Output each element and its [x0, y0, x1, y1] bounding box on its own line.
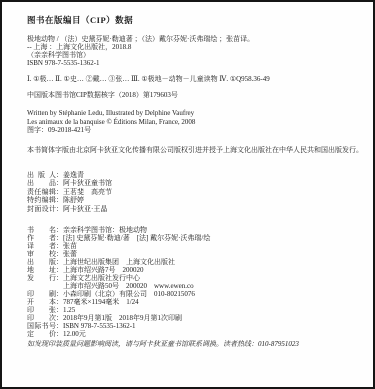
info-row: 国际书号：ISBN 978-7-5535-1362-1 — [27, 322, 361, 330]
row-label: 定价 — [27, 330, 56, 338]
row-colon: ： — [56, 196, 63, 205]
row-value: 787毫米×1194毫米 1/24 — [63, 298, 139, 306]
row-label: 印张 — [27, 306, 56, 314]
info-row: 发行：上海文艺出版社发行中心 — [27, 274, 361, 282]
row-label: 责任编辑 — [27, 188, 56, 197]
cip-record: 极地动物 / （法）史黛芬妮·勒迪著 ；（法）戴尔芬妮·沃弗瑞绘 ；张苗译。 -… — [27, 35, 361, 67]
row-colon: ： — [56, 179, 63, 188]
row-colon: ： — [56, 306, 63, 314]
row-colon: ： — [56, 298, 63, 306]
info-row: 译者：张苗 — [27, 242, 361, 250]
row-label: 开本 — [27, 298, 56, 306]
info-row: 书名：亲亲科学图书馆：极地动物 — [27, 226, 361, 234]
row-value: 上海世纪出版集团 上海文化出版社 — [63, 258, 175, 266]
info-row: 印刷：小森印刷（北京）有限公司 010-80215076 — [27, 290, 361, 298]
english-credit-line: Written by Stéphanie Ledu, Illustrated b… — [27, 109, 361, 118]
info-row: 出版人：姜逸青 — [27, 171, 361, 180]
row-label: 国际书号 — [27, 322, 56, 330]
info-row: 印张：1.25 — [27, 306, 361, 314]
row-label: 地址 — [27, 266, 56, 274]
original-title-line: Les animaux de la banquise © Éditions Mi… — [27, 118, 361, 127]
row-value: 12.00元 — [63, 330, 86, 338]
row-value: 姜逸青 — [63, 171, 84, 180]
row-colon: ： — [56, 330, 63, 338]
info-row: 封面设计：阿卡狄亚·王晶 — [27, 205, 361, 214]
license-number-line: 图字：09-2018-421号 — [27, 126, 361, 135]
info-row: 审校：张蕾 — [27, 250, 361, 258]
row-value: 张蕾 — [63, 250, 77, 258]
row-colon: ： — [56, 258, 63, 266]
row-colon: ： — [56, 242, 63, 250]
info-row: 定价：12.00元 — [27, 330, 361, 338]
row-colon: ： — [56, 322, 63, 330]
row-value: 2018年9月第1版 2018年9月第1次印刷 — [63, 314, 182, 322]
copyright-block: Written by Stéphanie Ledu, Illustrated b… — [27, 109, 361, 135]
cip-record-line: -- 上海 ：上海文化出版社，2018.8 — [27, 43, 361, 51]
info-row: 印次：2018年9月第1版 2018年9月第1次印刷 — [27, 314, 361, 322]
row-value: 阿卡狄亚童书馆 — [63, 179, 112, 188]
info-row: 作者：[法] 史黛芬妮·勒迪/著 [法] 戴尔芬妮·沃弗瑞/绘 — [27, 234, 361, 242]
row-colon: ： — [56, 314, 63, 322]
row-colon: ： — [56, 290, 63, 298]
cip-record-line: 极地动物 / （法）史黛芬妮·勒迪著 ；（法）戴尔芬妮·沃弗瑞绘 ；张苗译。 — [27, 35, 361, 43]
row-label: 出品 — [27, 179, 56, 188]
row-value: [法] 史黛芬妮·勒迪/著 [法] 戴尔芬妮·沃弗瑞/绘 — [63, 234, 210, 242]
row-label: 出版人 — [27, 171, 56, 180]
row-value: 小森印刷（北京）有限公司 010-80215076 — [63, 290, 195, 298]
info-row-continuation: 发行：上海市绍兴路50号 200020 www.ewen.co — [27, 282, 361, 290]
row-colon: ： — [56, 234, 63, 242]
row-colon: ： — [56, 171, 63, 180]
row-value: 亲亲科学图书馆：极地动物 — [63, 226, 147, 234]
row-label: 审校 — [27, 250, 56, 258]
row-value: 1.25 — [63, 306, 75, 314]
row-value: 阿卡狄亚·王晶 — [63, 205, 107, 214]
cip-classification: Ⅰ. ①极… Ⅱ. ①史… ②戴… ③张… Ⅲ. ①极地－动物－儿童读物 Ⅳ. … — [27, 75, 361, 83]
row-colon: ： — [56, 266, 63, 274]
info-row: 特约编辑：陈舒婷 — [27, 196, 361, 205]
row-value: 王茗斐 高亮节 — [63, 188, 112, 197]
info-row: 出品：阿卡狄亚童书馆 — [27, 179, 361, 188]
license-statement: 本书简体字版由北京阿卡狄亚文化传播有限公司版权引进并授予上海文化出版社在中华人民… — [27, 146, 361, 154]
row-value: 上海文艺出版社发行中心 — [63, 274, 140, 282]
row-colon: ： — [56, 250, 63, 258]
cip-registration-number: 中国版本图书馆CIP数据核字（2018）第179603号 — [27, 91, 361, 99]
cip-record-line: （亲亲科学图书馆） — [27, 51, 361, 59]
row-label: 出版 — [27, 258, 56, 266]
row-label: 封面设计 — [27, 205, 56, 214]
row-value: 上海市绍兴路7号 200020 — [63, 266, 144, 274]
cip-isbn-line: ISBN 978-7-5535-1362-1 — [27, 59, 361, 67]
row-label: 印次 — [27, 314, 56, 322]
row-label: 特约编辑 — [27, 196, 56, 205]
cip-colophon-page: 图书在版编目（CIP）数据 极地动物 / （法）史黛芬妮·勒迪著 ；（法）戴尔芬… — [0, 0, 375, 389]
row-label: 印刷 — [27, 290, 56, 298]
book-info-block: 书名：亲亲科学图书馆：极地动物 作者：[法] 史黛芬妮·勒迪/著 [法] 戴尔芬… — [27, 226, 361, 338]
row-value: 张苗 — [63, 242, 77, 250]
info-row: 出版：上海世纪出版集团 上海文化出版社 — [27, 258, 361, 266]
row-colon: ： — [56, 188, 63, 197]
row-colon: ： — [56, 205, 63, 214]
row-label: 作者 — [27, 234, 56, 242]
row-value: 陈舒婷 — [63, 196, 84, 205]
page-title: 图书在版编目（CIP）数据 — [27, 14, 361, 26]
info-row: 责任编辑：王茗斐 高亮节 — [27, 188, 361, 197]
row-label: 书名 — [27, 226, 56, 234]
info-row: 开本：787毫米×1194毫米 1/24 — [27, 298, 361, 306]
quality-notice: 如发现印装质量问题影响阅读，请与阿卡狄亚童书馆联系调换。读者热线：010-879… — [27, 340, 361, 349]
staff-info-block: 出版人：姜逸青 出品：阿卡狄亚童书馆 责任编辑：王茗斐 高亮节 特约编辑：陈舒婷… — [27, 171, 361, 214]
info-row: 地址：上海市绍兴路7号 200020 — [27, 266, 361, 274]
row-colon: ： — [56, 274, 63, 282]
row-colon: ： — [56, 226, 63, 234]
row-value: 上海市绍兴路50号 200020 www.ewen.co — [63, 282, 194, 290]
row-label: 译者 — [27, 242, 56, 250]
row-label: 发行 — [27, 274, 56, 282]
row-value: ISBN 978-7-5535-1362-1 — [63, 322, 136, 330]
